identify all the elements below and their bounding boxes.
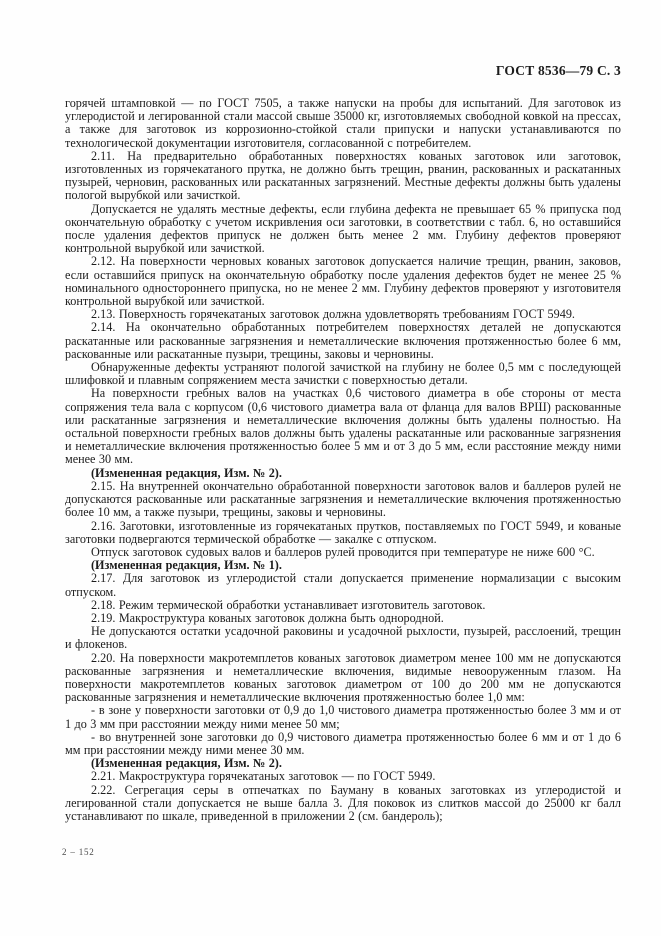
page-header: ГОСТ 8536—79 С. 3 <box>65 63 621 78</box>
paragraph: На поверхности гребных валов на участках… <box>65 387 621 466</box>
paragraph: 2.21. Макроструктура горячекатаных загот… <box>65 770 621 783</box>
paragraph: 2.18. Режим термической обработки устана… <box>65 599 621 612</box>
paragraph: 2.17. Для заготовок из углеродистой стал… <box>65 572 621 598</box>
text-column: ГОСТ 8536—79 С. 3 горячей штамповкой — п… <box>65 63 621 823</box>
paragraph: (Измененная редакция, Изм. № 2). <box>65 467 621 480</box>
paragraph: горячей штамповкой — по ГОСТ 7505, а так… <box>65 97 621 150</box>
paragraph: 2.20. На поверхности макротемплетов кова… <box>65 652 621 705</box>
paragraph: 2.12. На поверхности черновых кованых за… <box>65 255 621 308</box>
paragraph: Обнаруженные дефекты устраняют пологой з… <box>65 361 621 387</box>
document-body: горячей штамповкой — по ГОСТ 7505, а так… <box>65 97 621 823</box>
paragraph: Допускается не удалять местные дефекты, … <box>65 203 621 256</box>
paragraph: - в зоне у поверхности заготовки от 0,9 … <box>65 704 621 730</box>
paragraph: 2.15. На внутренней окончательно обработ… <box>65 480 621 520</box>
paragraph: 2.11. На предварительно обработанных пов… <box>65 150 621 203</box>
document-page: ГОСТ 8536—79 С. 3 горячей штамповкой — п… <box>0 0 661 936</box>
paragraph: 2.16. Заготовки, изготовленные из горяче… <box>65 520 621 546</box>
printer-signature-mark: 2 – 152 <box>62 847 95 857</box>
paragraph: Не допускаются остатки усадочной раковин… <box>65 625 621 651</box>
paragraph: - во внутренней зоне заготовки до 0,9 чи… <box>65 731 621 757</box>
paragraph: 2.14. На окончательно обработанных потре… <box>65 321 621 361</box>
paragraph: 2.22. Сегрегация серы в отпечатках по Ба… <box>65 784 621 824</box>
